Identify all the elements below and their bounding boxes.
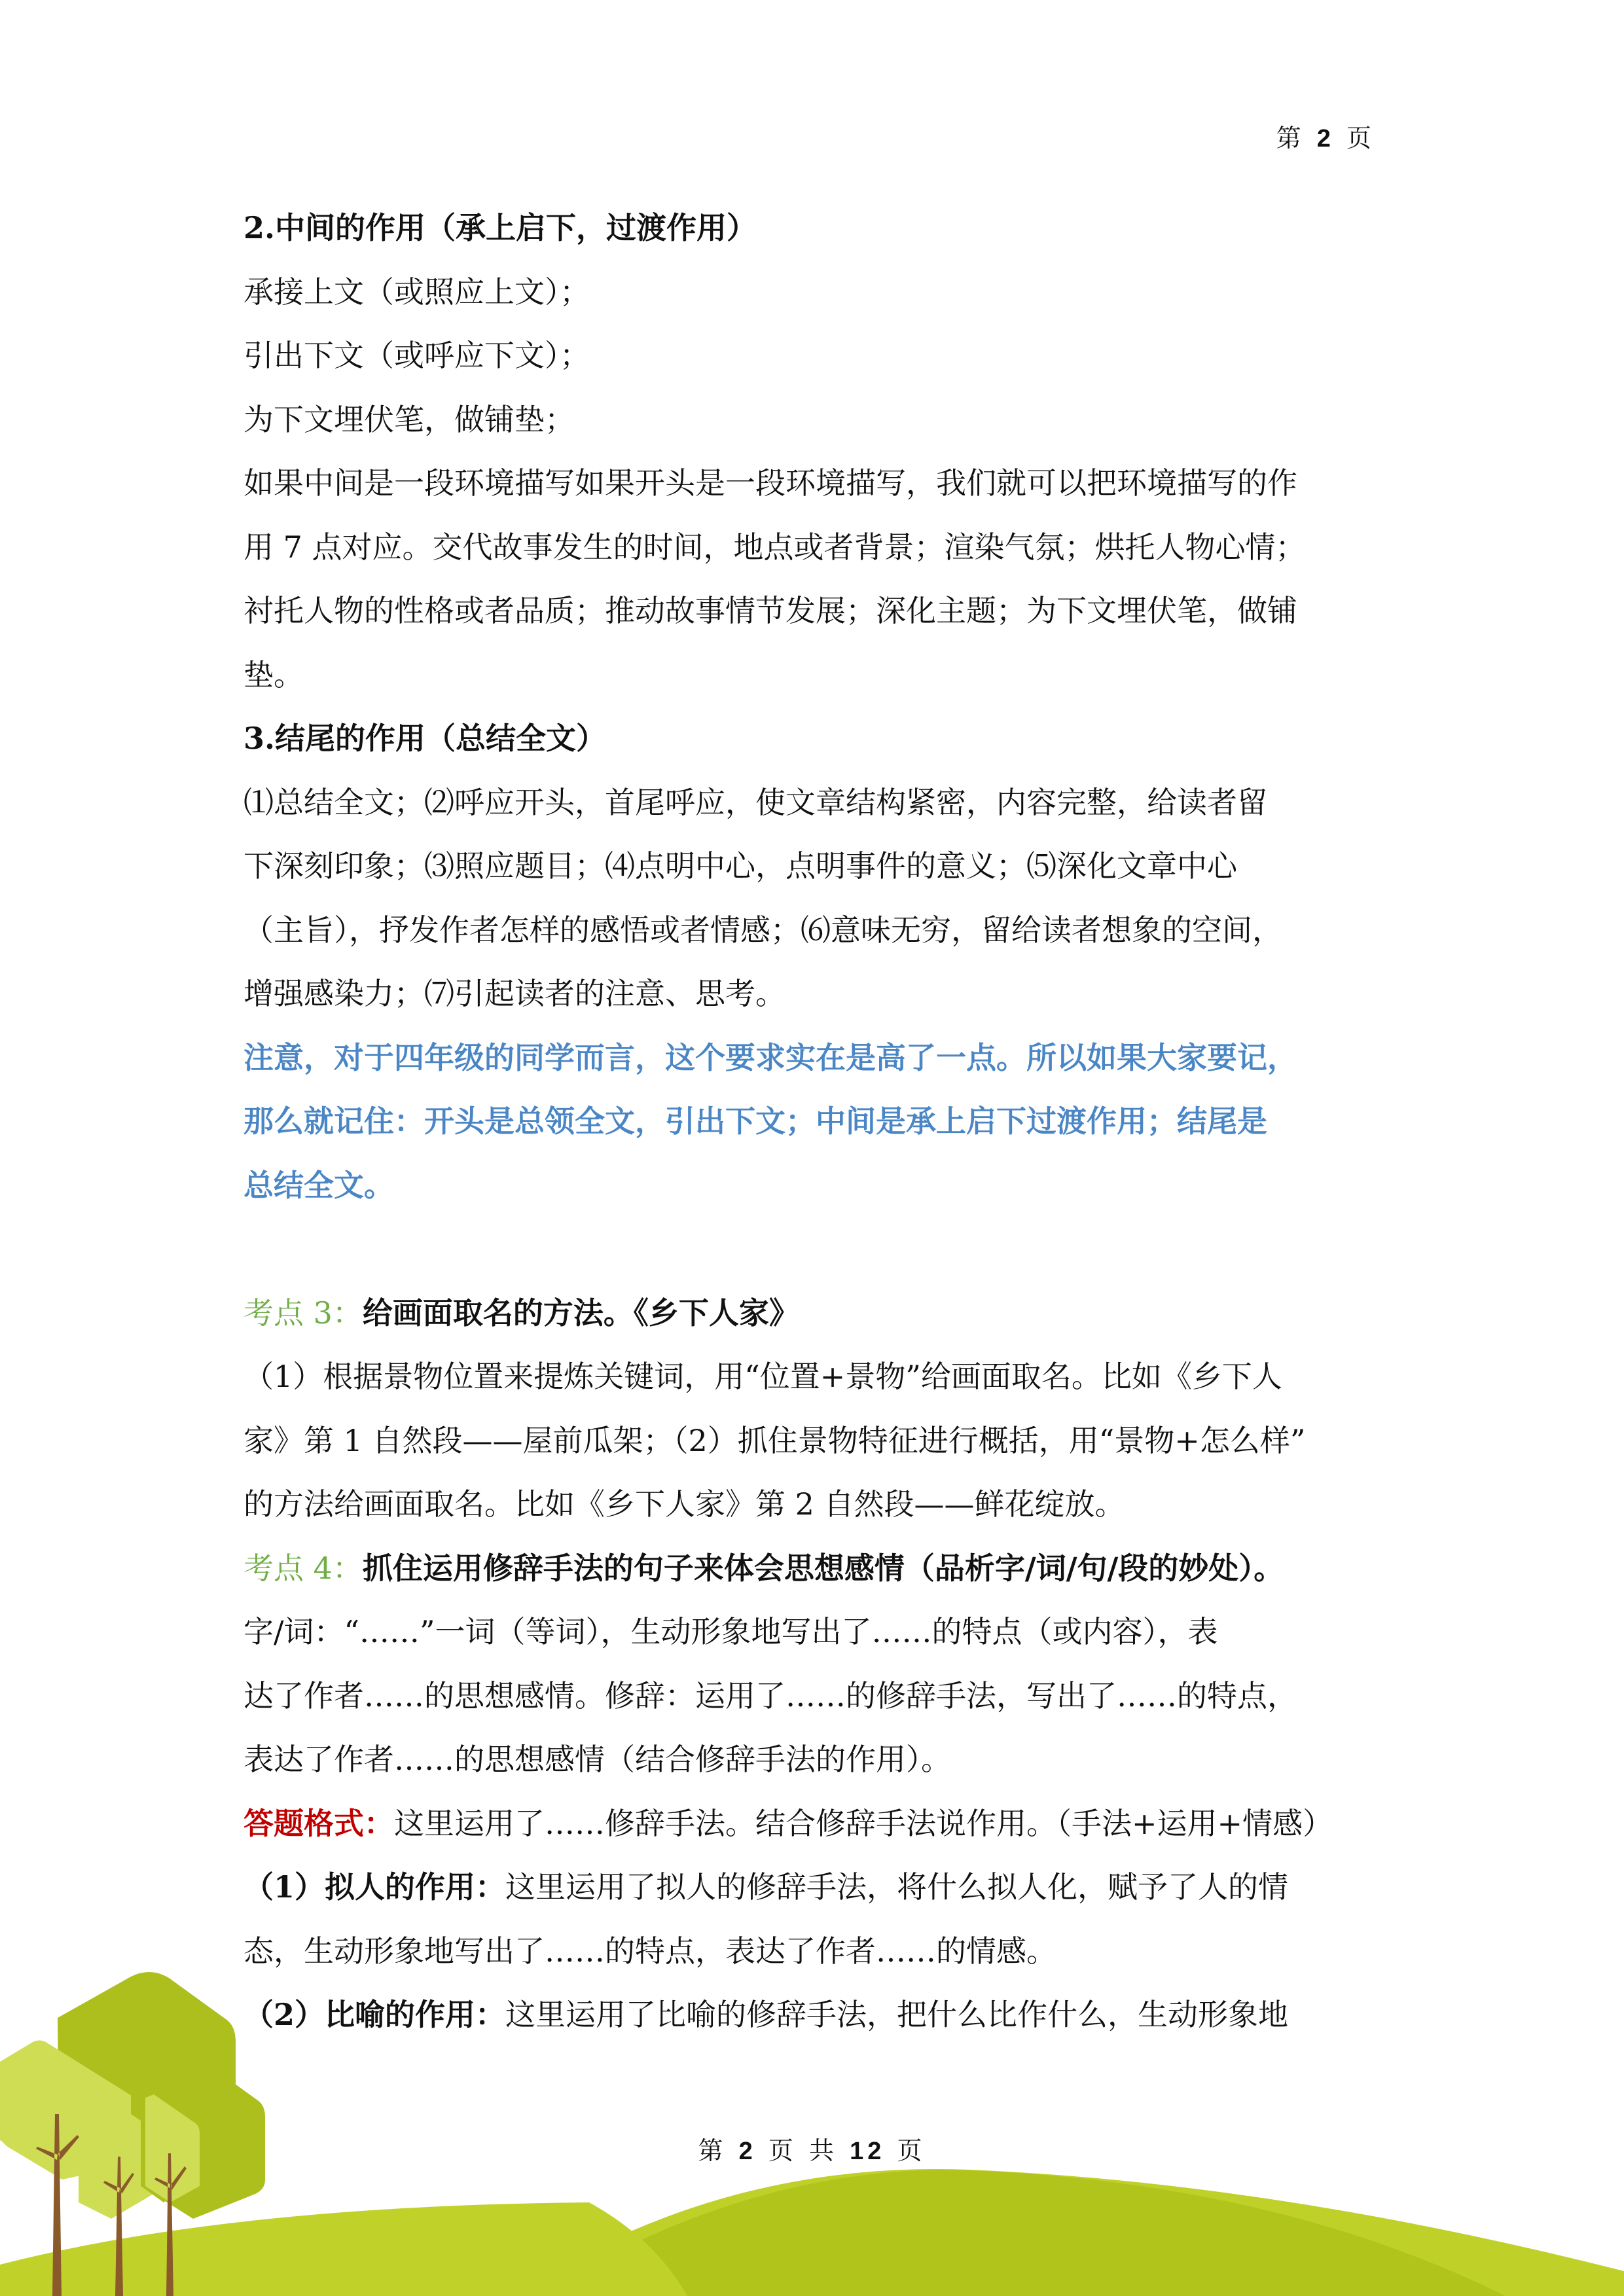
note-line: 总结全文。: [244, 1154, 1376, 1218]
point-label: 考点 3：: [244, 1295, 363, 1331]
point-label: 考点 4：: [244, 1551, 363, 1586]
page-header-number: 第 2 页: [1276, 118, 1375, 154]
answer-format-label: 答题格式：: [244, 1806, 394, 1841]
paragraph-line: 引出下文（或呼应下文）；: [244, 324, 1376, 388]
paragraph-line: 衬托人物的性格或者品质；推动故事情节发展；深化主题；为下文埋伏笔，做铺: [244, 579, 1376, 643]
list-item-label: （2）比喻的作用：: [244, 1997, 505, 2032]
paragraph-line: 为下文埋伏笔，做铺垫；: [244, 388, 1376, 452]
document-body: 2.中间的作用（承上启下，过渡作用） 承接上文（或照应上文）； 引出下文（或呼应…: [244, 196, 1376, 2047]
footer-text: 页: [897, 2136, 926, 2165]
paragraph-line: 字/词：“……”一词（等词），生动形象地写出了……的特点（或内容），表: [244, 1600, 1376, 1664]
list-item: （1）拟人的作用：这里运用了拟人的修辞手法，将什么拟人化，赋予了人的情: [244, 1856, 1376, 1920]
note-line: 注意，对于四年级的同学而言，这个要求实在是高了一点。所以如果大家要记，: [244, 1026, 1376, 1090]
list-item-label: （1）拟人的作用：: [244, 1869, 505, 1905]
point-title: 给画面取名的方法。《乡下人家》: [363, 1295, 799, 1331]
paragraph-line: （主旨），抒发作者怎样的感悟或者情感；⑹意味无穷，留给读者想象的空间，: [244, 899, 1376, 963]
footer-text: 页: [768, 2136, 797, 2165]
footer-page-number: 2: [739, 2138, 757, 2165]
paragraph-line: 用 7 点对应。交代故事发生的时间，地点或者背景；渲染气氛；烘托人物心情；: [244, 516, 1376, 580]
paragraph-line: 态，生动形象地写出了……的特点，表达了作者……的情感。: [244, 1920, 1376, 1984]
header-text: 页: [1346, 124, 1375, 152]
paragraph-line: 如果中间是一段环境描写如果开头是一段环境描写，我们就可以把环境描写的作: [244, 452, 1376, 516]
answer-format-text: 这里运用了……修辞手法。结合修辞手法说作用。（手法+运用+情感）: [394, 1806, 1333, 1841]
note-line: 那么就记住：开头是总领全文，引出下文；中间是承上启下过渡作用；结尾是: [244, 1090, 1376, 1154]
list-item-text: 这里运用了拟人的修辞手法，将什么拟人化，赋予了人的情: [505, 1869, 1288, 1905]
tree-trunk-icon: [154, 2153, 187, 2296]
paragraph-line: 家》第 1 自然段——屋前瓜架；（2）抓住景物特征进行概括，用“景物+怎么样”: [244, 1409, 1376, 1473]
paragraph-line: 下深刻印象；⑶照应题目；⑷点明中心，点明事件的意义；⑸深化文章中心: [244, 834, 1376, 899]
footer-text: 第: [698, 2136, 727, 2165]
hill-shape: [511, 2169, 1624, 2296]
answer-format-line: 答题格式：这里运用了……修辞手法。结合修辞手法说作用。（手法+运用+情感）: [244, 1792, 1376, 1856]
section-heading: 2.中间的作用（承上启下，过渡作用）: [244, 196, 1376, 260]
footer-text: 共: [809, 2136, 838, 2165]
paragraph-line: 承接上文（或照应上文）；: [244, 260, 1376, 325]
page-footer: 第 2 页 共 12 页: [0, 2130, 1624, 2166]
header-page-number: 2: [1317, 125, 1335, 152]
list-item: （2）比喻的作用：这里运用了比喻的修辞手法，把什么比作什么，生动形象地: [244, 1983, 1376, 2047]
hill-shape: [0, 2202, 687, 2296]
hill-shape: [537, 2170, 1506, 2296]
tree-trunk-icon: [103, 2157, 134, 2296]
section-heading: 3.结尾的作用（总结全文）: [244, 707, 1376, 771]
paragraph-line: （1）根据景物位置来提炼关键词，用“位置+景物”给画面取名。比如《乡下人: [244, 1345, 1376, 1409]
paragraph-line: 垫。: [244, 643, 1376, 708]
point-title: 抓住运用修辞手法的句子来体会思想感情（品析字/词/句/段的妙处）。: [363, 1551, 1284, 1586]
point-heading: 考点 3：给画面取名的方法。《乡下人家》: [244, 1282, 1376, 1346]
list-item-text: 这里运用了比喻的修辞手法，把什么比作什么，生动形象地: [505, 1997, 1288, 2032]
paragraph-line: 达了作者……的思想感情。修辞：运用了……的修辞手法，写出了……的特点，: [244, 1664, 1376, 1729]
paragraph-line: 增强感染力；⑺引起读者的注意、思考。: [244, 962, 1376, 1026]
footer-total-pages: 12: [850, 2138, 885, 2165]
header-text: 第: [1276, 124, 1305, 152]
paragraph-line: 表达了作者……的思想感情（结合修辞手法的作用）。: [244, 1728, 1376, 1792]
point-heading: 考点 4：抓住运用修辞手法的句子来体会思想感情（品析字/词/句/段的妙处）。: [244, 1537, 1376, 1601]
spacer: [244, 1217, 1376, 1282]
paragraph-line: 的方法给画面取名。比如《乡下人家》第 2 自然段——鲜花绽放。: [244, 1473, 1376, 1537]
paragraph-line: ⑴总结全文；⑵呼应开头，首尾呼应，使文章结构紧密，内容完整，给读者留: [244, 771, 1376, 835]
